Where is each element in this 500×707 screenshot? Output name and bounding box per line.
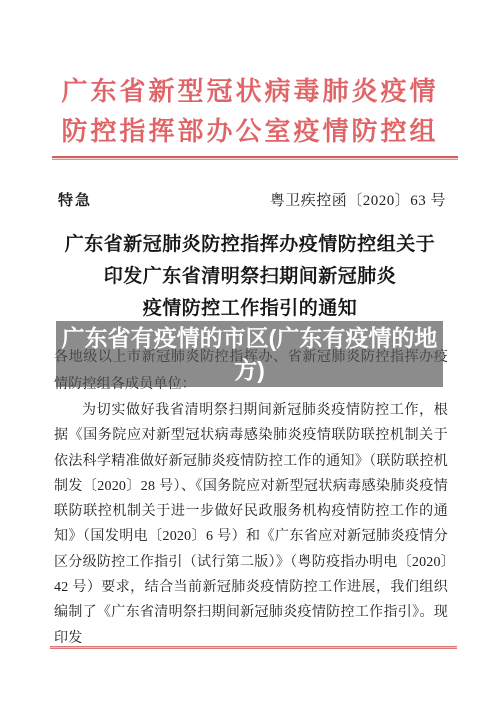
document-number: 粤卫疾控函〔2020〕63 号 (270, 189, 446, 210)
body-paragraph: 为切实做好我省清明祭扫期间新冠肺炎疫情防控工作，根据《国务院应对新型冠状病毒感染… (54, 398, 448, 651)
header-divider-rule (52, 156, 458, 160)
letterhead-line-2: 防控指挥部办公室疫情防控组 (0, 112, 500, 152)
scanned-document-page: 广东省新型冠状病毒肺炎疫情 防控指挥部办公室疫情防控组 特急 粤卫疾控函〔202… (0, 0, 500, 707)
overlay-caption: 广东省有疫情的市区(广东有疫情的地方) (56, 321, 443, 387)
document-title-line-1: 广东省新冠肺炎防控指挥办疫情防控组关于 (30, 229, 470, 261)
meta-row: 特急 粤卫疾控函〔2020〕63 号 (58, 189, 446, 210)
letterhead: 广东省新型冠状病毒肺炎疫情 防控指挥部办公室疫情防控组 (0, 72, 500, 152)
footer-divider-rule (50, 646, 457, 649)
urgency-label: 特急 (58, 189, 92, 210)
letterhead-line-1: 广东省新型冠状病毒肺炎疫情 (0, 72, 500, 112)
document-title: 广东省新冠肺炎防控指挥办疫情防控组关于 印发广东省清明祭扫期间新冠肺炎 疫情防控… (30, 229, 470, 325)
document-title-line-2: 印发广东省清明祭扫期间新冠肺炎 (30, 261, 470, 293)
overlay-caption-text: 广东省有疫情的市区(广东有疫情的地方) (61, 322, 438, 386)
